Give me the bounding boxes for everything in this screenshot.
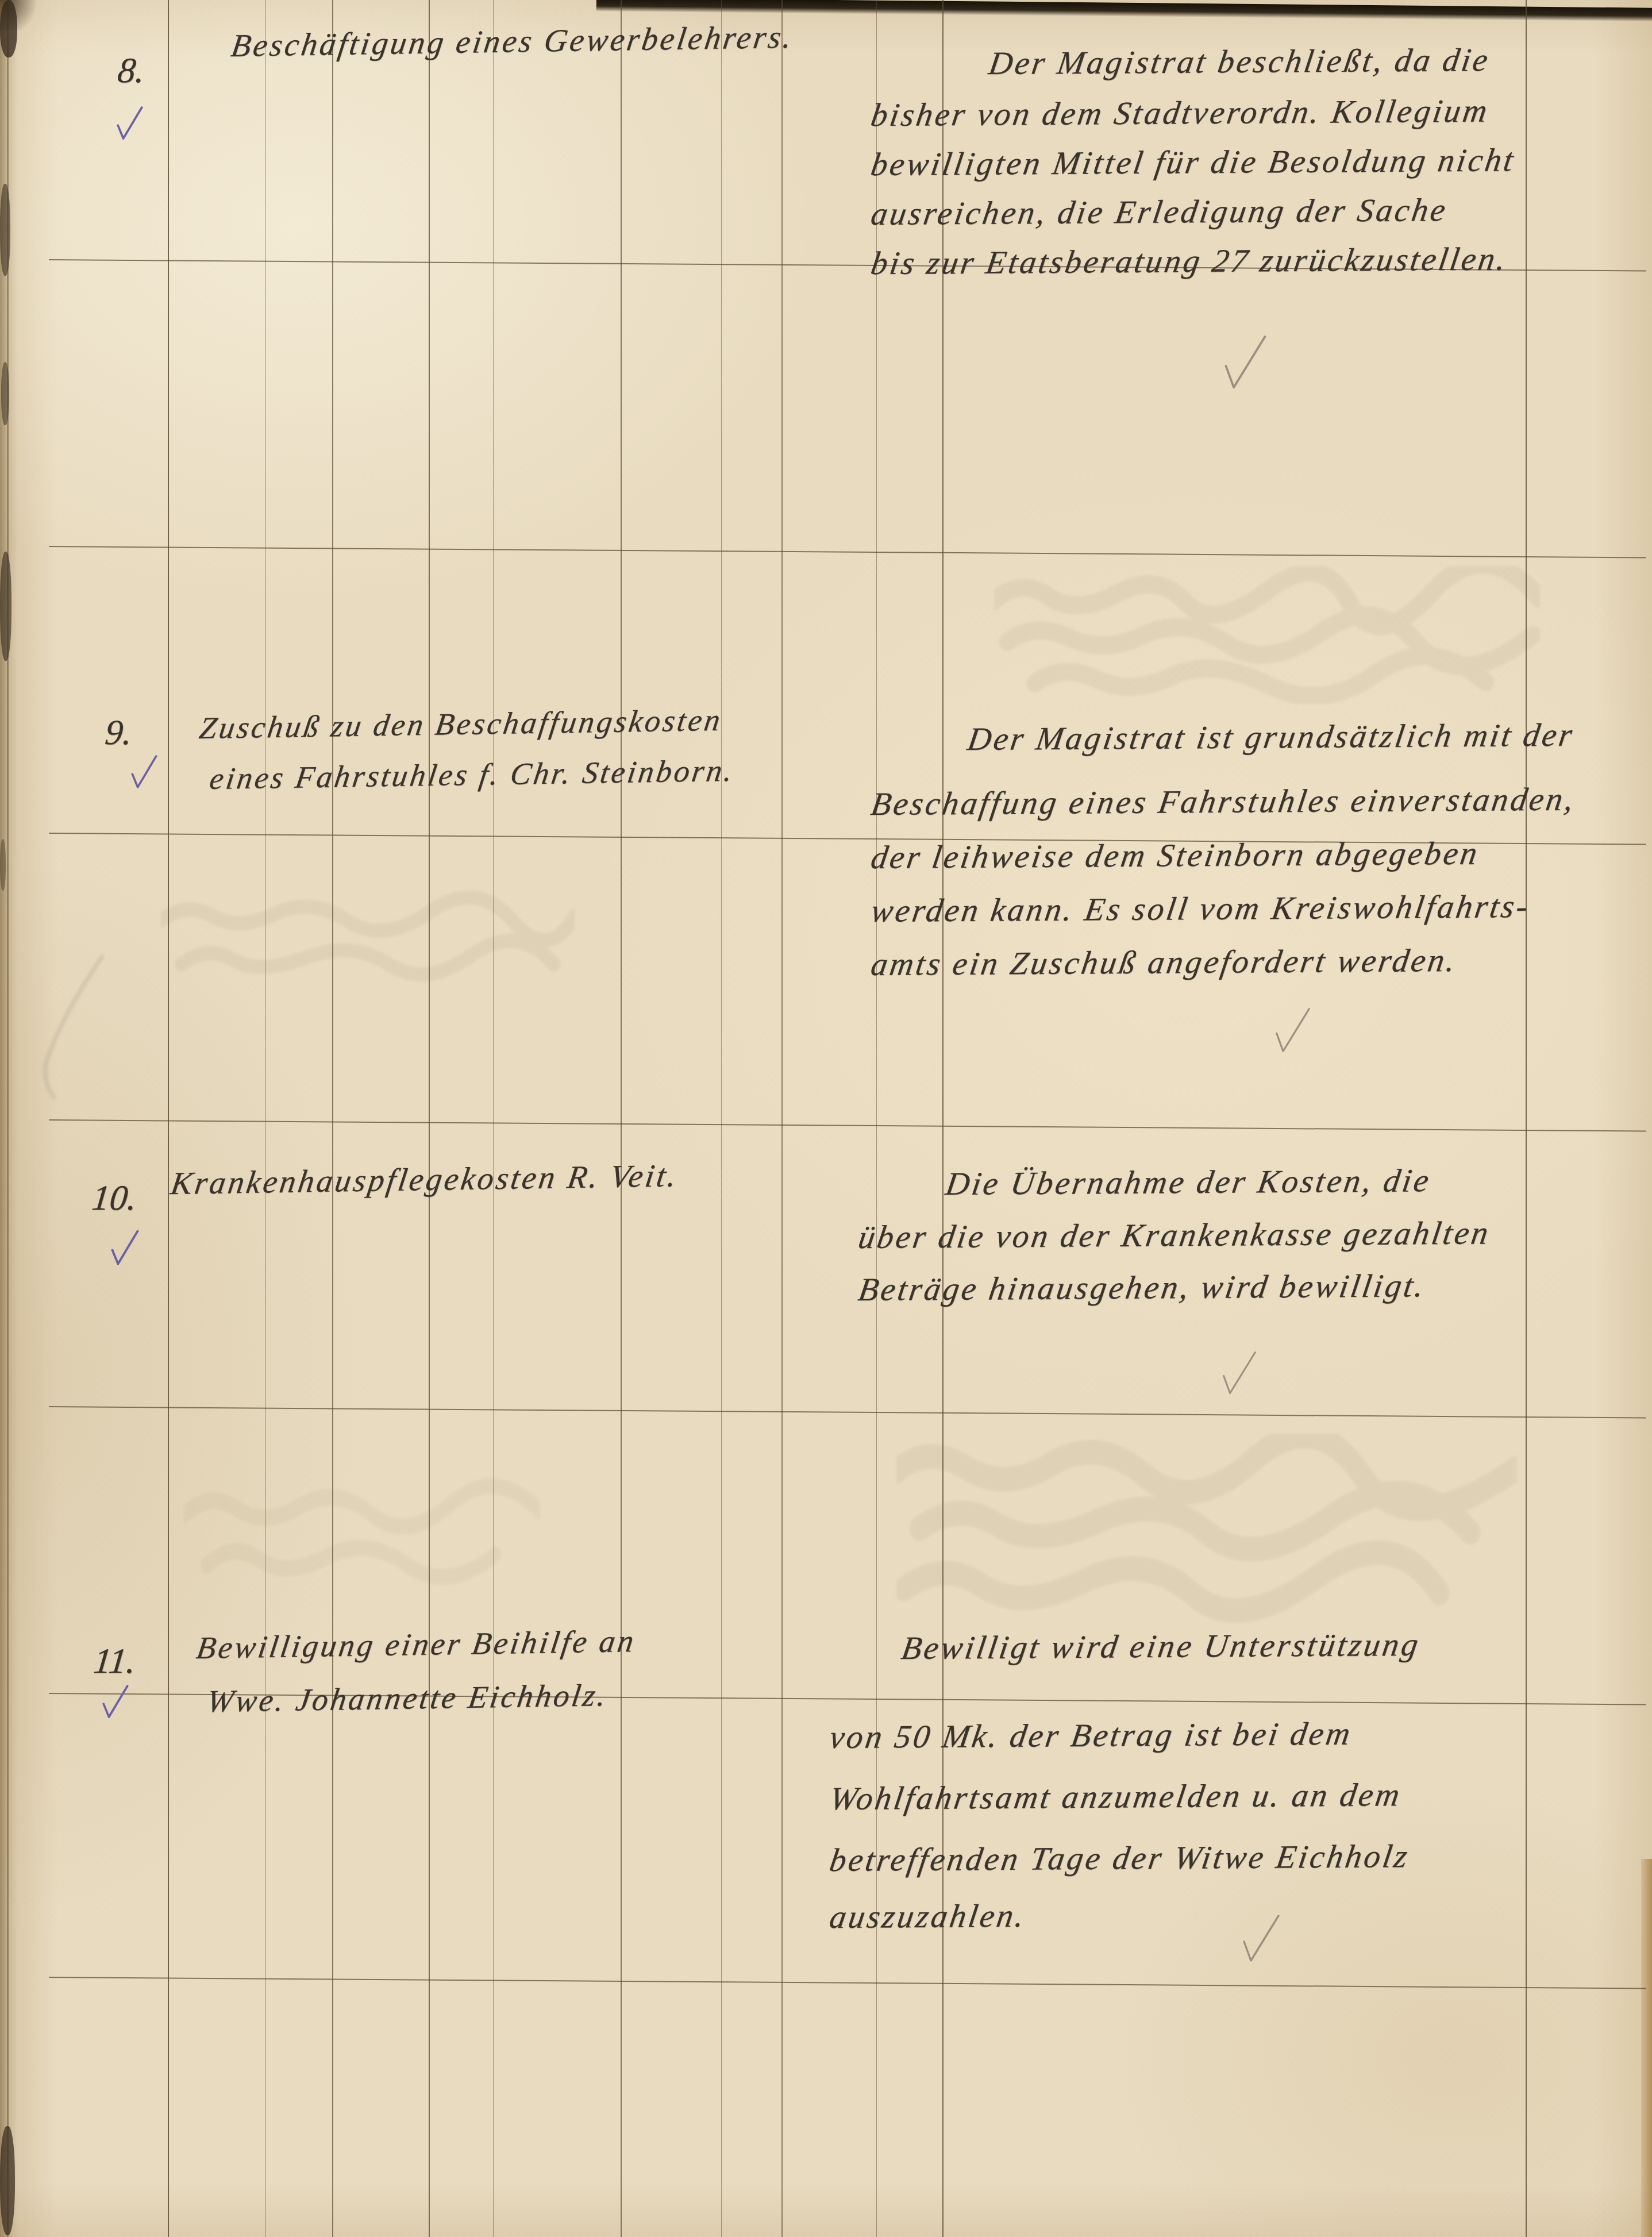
entry-topic: Krankenhauspflegekosten R. Veit.: [168, 1165, 675, 1202]
entry-decision: Bewilligt wird eine Unterstützung von 50…: [827, 1632, 1417, 1934]
violet-check-icon: [115, 98, 145, 148]
entry-topic: Zuschuß zu den Beschaffungskosten eines …: [197, 710, 731, 796]
entry-decision: Der Magistrat ist grundsätzlich mit der …: [869, 723, 1572, 981]
column-rule: [168, 0, 169, 2237]
column-rule: [429, 0, 430, 2237]
column-rule: [621, 0, 622, 2237]
column-rule: [721, 0, 722, 2237]
column-rule: [265, 0, 266, 2237]
column-rule: [332, 0, 333, 2237]
column-rule: [493, 0, 494, 2237]
ink-bleed-through: [896, 1434, 1517, 1623]
entry-topic: Beschäftigung eines Gewerbelehrers.: [229, 28, 790, 64]
edge-stain: [0, 0, 17, 57]
violet-check-icon: [101, 1681, 130, 1722]
pencil-check-icon: [1216, 1349, 1262, 1396]
page-right-edge: [1641, 1859, 1652, 2237]
row-separator: [49, 1406, 1646, 1418]
ink-bleed-through: [161, 888, 575, 997]
binding-crease: [7, 0, 9, 2237]
item-number: 8.: [115, 51, 147, 91]
edge-stain: [0, 2126, 15, 2235]
ink-bleed-through: [184, 1471, 540, 1597]
edge-stain: [0, 184, 10, 276]
entry-decision: Der Magistrat beschließt, da die bisher …: [869, 47, 1512, 280]
entry-decision: Die Übernahme der Kosten, die über die v…: [856, 1168, 1487, 1306]
item-number: 11.: [91, 1641, 137, 1682]
edge-stain: [0, 552, 11, 661]
item-number: 10.: [90, 1178, 138, 1219]
pencil-scratch: [34, 954, 115, 1103]
row-separator: [49, 546, 1646, 558]
scanned-document-page: { "entries": [ { "number": "8.", "topic_…: [0, 0, 1652, 2237]
item-number: 9.: [103, 713, 134, 753]
pencil-check-icon: [1271, 1006, 1315, 1054]
violet-check-icon: [126, 754, 162, 790]
edge-stain: [0, 839, 6, 891]
scan-top-edge-shadow: [596, 0, 1652, 22]
column-rule: [781, 0, 783, 2237]
ink-bleed-through: [994, 566, 1540, 704]
pencil-check-icon: [1239, 1912, 1284, 1964]
page-left-edge: [0, 0, 17, 2237]
column-rule: [1526, 0, 1527, 2237]
edge-stain: [1, 362, 9, 425]
row-separator: [49, 1119, 1646, 1131]
pencil-check-icon: [1221, 330, 1270, 394]
row-separator: [49, 1977, 1646, 1989]
entry-topic: Bewilligung einer Beihilfe an Wwe. Johan…: [194, 1630, 632, 1719]
violet-check-icon: [109, 1229, 141, 1266]
